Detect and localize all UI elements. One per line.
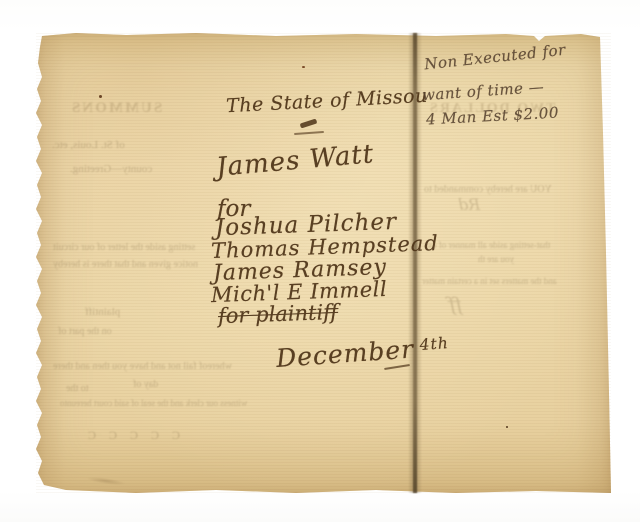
bleedthrough-text: and the matters set in a certain matter	[422, 276, 557, 286]
bleedthrough-text: notice given and that there is hereby	[53, 259, 198, 270]
bleedthrough-text: day of	[133, 379, 158, 390]
bleedthrough-handwriting: ff	[448, 292, 462, 316]
foxing-speck	[99, 95, 102, 98]
bleedthrough-text: on the part of	[58, 326, 112, 337]
for-plaintiff-handwriting: for plaintiff	[218, 300, 339, 328]
foxing-speck	[506, 426, 508, 428]
bleedthrough-text: to the	[66, 383, 89, 394]
bleedthrough-text: county—Greeting.	[70, 163, 152, 175]
bleedthrough-text: that-setting aside all manner of exc	[424, 240, 550, 250]
bleedthrough-text: witness our clerk and the seal of said c…	[60, 398, 247, 408]
bleedthrough-text: setting aside the letter of our circuit	[53, 242, 195, 253]
bleedthrough-text: SUMMONS	[70, 100, 162, 117]
date-day-superscript: 4th	[419, 334, 449, 354]
scanned-document: SUMMONS of St. Louis, etc. county—Greeti…	[0, 0, 640, 522]
bleedthrough-text: plaintiff	[85, 306, 120, 318]
bleedthrough-text: you are th	[478, 254, 514, 264]
bleedthrough-text: whereof fail not and have you then and t…	[53, 361, 232, 372]
bleedthrough-text: C C C C C	[83, 428, 180, 443]
bleedthrough-handwriting: Rd	[458, 195, 480, 214]
bleedthrough-text: YOU are hereby commanded to	[424, 184, 552, 195]
bleedthrough-text: of St. Louis, etc.	[52, 139, 125, 151]
foxing-speck	[302, 66, 305, 68]
